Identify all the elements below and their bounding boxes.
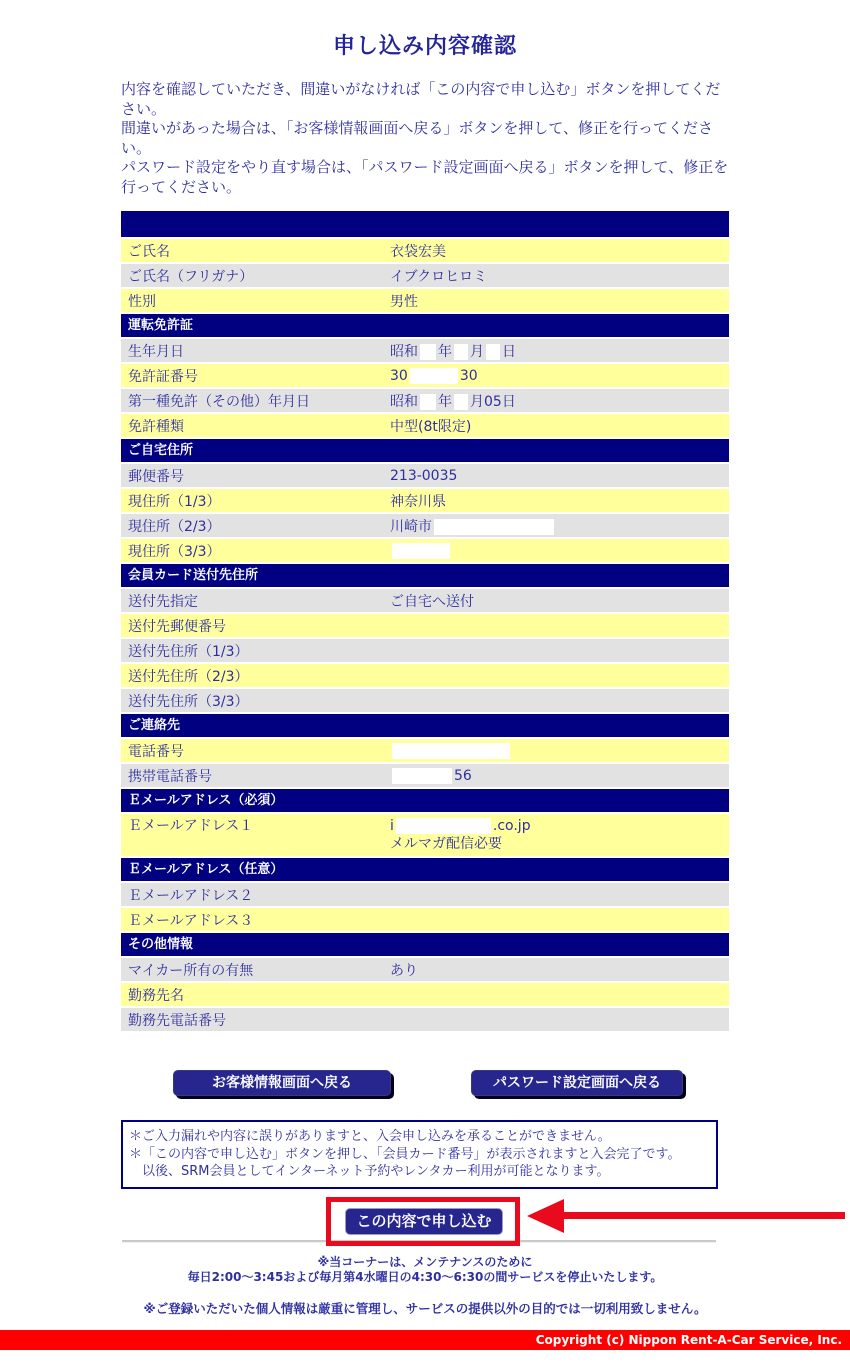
field-value-line-2: メルマガ配信必要 [390, 835, 729, 853]
table-row: 郵便番号213-0035 [121, 464, 729, 487]
table-row: Ｅメールアドレス２ [121, 883, 729, 906]
field-value: 川崎市 [384, 516, 729, 536]
field-value-text: 昭和 [390, 394, 418, 410]
table-row: 免許証番号3030 [121, 364, 729, 387]
field-value: 衣袋宏美 [384, 241, 729, 261]
table-row: 送付先指定ご自宅へ送付 [121, 589, 729, 612]
field-value-text: 月05日 [470, 394, 516, 410]
field-value: 56 [384, 768, 729, 784]
redacted-value-box [410, 368, 458, 384]
redacted-value-box [396, 818, 491, 834]
table-row: 免許種類中型(8t限定) [121, 414, 729, 437]
field-label: 送付先指定 [121, 591, 384, 611]
section-header-row: Ｅメールアドレス（必須） [121, 789, 729, 812]
table-row: ご氏名（フリガナ）イブクロヒロミ [121, 264, 729, 287]
section-header-row: 運転免許証 [121, 314, 729, 337]
back-buttons-row: お客様情報画面へ戻る パスワード設定画面へ戻る [121, 1070, 729, 1096]
field-label: 電話番号 [121, 741, 384, 761]
field-value: あり [384, 960, 729, 980]
field-value: 213-0035 [384, 468, 729, 484]
field-value-text: i [390, 818, 394, 834]
redacted-value-box [454, 394, 468, 410]
field-label: マイカー所有の有無 [121, 960, 384, 980]
section-header-row: その他情報 [121, 933, 729, 956]
redacted-value-box [392, 768, 452, 784]
field-value: 男性 [384, 291, 729, 311]
redacted-value-box [454, 344, 468, 360]
privacy-note: ※ご登録いただいた個人情報は厳重に管理し、サービスの提供以外の目的では一切利用致… [121, 1299, 729, 1317]
field-value: 昭和年月日 [384, 341, 729, 361]
field-value: 昭和年月05日 [384, 391, 729, 411]
table-row: 性別男性 [121, 289, 729, 312]
field-value-text: 月 [470, 344, 484, 360]
field-value-text: 日 [502, 344, 516, 360]
field-label: 送付先郵便番号 [121, 616, 384, 636]
table-row: Ｅメールアドレス１i.co.jpメルマガ配信必要 [121, 814, 729, 856]
intro-paragraph-1: 内容を確認していただき、間違いがなければ「この内容で申し込む」ボタンを押してくだ… [121, 80, 729, 119]
field-value-text: あり [390, 963, 418, 979]
section-header-row: ご自宅住所 [121, 439, 729, 462]
table-row: 送付先郵便番号 [121, 614, 729, 637]
field-value-text: 衣袋宏美 [390, 244, 446, 260]
annotation-arrow-icon [527, 1199, 564, 1233]
table-row: 現住所（3/3） [121, 539, 729, 562]
field-value: i.co.jpメルマガ配信必要 [384, 817, 729, 853]
field-label: 第一種免許（その他）年月日 [121, 391, 384, 411]
field-label: 送付先住所（1/3） [121, 641, 384, 661]
table-row: 勤務先電話番号 [121, 1008, 729, 1031]
field-value: ご自宅へ送付 [384, 591, 729, 611]
notice-line-3: 以後、SRM会員としてインターネット予約やレンタカー利用が可能となります。 [129, 1163, 710, 1181]
maintenance-note: ※当コーナーは、メンテナンスのために 毎日2:00～3:45および毎月第4水曜日… [121, 1255, 729, 1285]
field-value-text: 神奈川県 [390, 494, 446, 510]
intro-paragraph-2: 間違いがあった場合は、「お客様情報画面へ戻る」ボタンを押して、修正を行ってくださ… [121, 119, 729, 158]
field-value-text: 中型(8t限定) [390, 419, 471, 435]
annotation-arrow-line [562, 1212, 845, 1219]
notice-line-1: ＊ご入力漏れや内容に誤りがありますと、入会申し込みを承ることができません。 [129, 1128, 710, 1146]
notice-box: ＊ご入力漏れや内容に誤りがありますと、入会申し込みを承ることができません。 ＊「… [121, 1120, 718, 1189]
field-label: 携帯電話番号 [121, 766, 384, 786]
submit-area: この内容で申し込む [121, 1197, 729, 1249]
field-value-text: イブクロヒロミ [390, 269, 487, 285]
field-value-text: 川崎市 [390, 519, 432, 535]
table-row: 携帯電話番号56 [121, 764, 729, 787]
field-value-text: .co.jp [493, 818, 531, 834]
field-label: Ｅメールアドレス３ [121, 910, 384, 930]
field-value-text: 213-0035 [390, 468, 457, 484]
field-label: 免許証番号 [121, 366, 384, 386]
table-row: 現住所（2/3）川崎市 [121, 514, 729, 537]
table-top-header-row [121, 211, 729, 237]
redacted-value-box [392, 543, 450, 559]
field-value-text: 30 [460, 368, 478, 384]
table-row: 電話番号 [121, 739, 729, 762]
redacted-value-box [420, 344, 436, 360]
field-label: 送付先住所（2/3） [121, 666, 384, 686]
section-header-row: ご連絡先 [121, 714, 729, 737]
field-label: 現住所（2/3） [121, 516, 384, 536]
table-row: マイカー所有の有無あり [121, 958, 729, 981]
field-label: 性別 [121, 291, 384, 311]
field-value: 3030 [384, 368, 729, 384]
field-value: 神奈川県 [384, 491, 729, 511]
field-label: 勤務先電話番号 [121, 1010, 384, 1030]
field-value: 中型(8t限定) [384, 416, 729, 436]
redacted-value-box [434, 519, 554, 535]
field-label: ご氏名（フリガナ） [121, 266, 384, 286]
section-header-row: Ｅメールアドレス（任意） [121, 858, 729, 881]
intro-text: 内容を確認していただき、間違いがなければ「この内容で申し込む」ボタンを押してくだ… [121, 80, 729, 197]
redacted-value-box [392, 743, 510, 759]
field-value-line-1: i.co.jp [390, 817, 729, 835]
redacted-value-box [486, 344, 500, 360]
table-row: ご氏名衣袋宏美 [121, 239, 729, 262]
field-value-text: ご自宅へ送付 [390, 594, 474, 610]
field-value-text: メルマガ配信必要 [390, 836, 502, 852]
table-row: 送付先住所（2/3） [121, 664, 729, 687]
table-row: 送付先住所（3/3） [121, 689, 729, 712]
field-label: ご氏名 [121, 241, 384, 261]
field-value-text: 30 [390, 368, 408, 384]
maintenance-line-2: 毎日2:00～3:45および毎月第4水曜日の4:30～6:30の間サービスを停止… [121, 1270, 729, 1285]
field-value-text: 昭和 [390, 344, 418, 360]
copyright-bar: Copyright (c) Nippon Rent-A-Car Service,… [0, 1330, 850, 1350]
field-value-text: 年 [438, 344, 452, 360]
field-value-text: 年 [438, 394, 452, 410]
field-value [384, 543, 729, 559]
page-content: 申し込み内容確認 内容を確認していただき、間違いがなければ「この内容で申し込む」… [121, 34, 729, 1317]
field-label: 生年月日 [121, 341, 384, 361]
field-value-text: 男性 [390, 294, 418, 310]
field-label: 免許種類 [121, 416, 384, 436]
table-row: 勤務先名 [121, 983, 729, 1006]
table-row: 現住所（1/3）神奈川県 [121, 489, 729, 512]
table-row: Ｅメールアドレス３ [121, 908, 729, 931]
copyright-text: Copyright (c) Nippon Rent-A-Car Service,… [536, 1333, 842, 1347]
notice-line-2: ＊「この内容で申し込む」ボタンを押し、「会員カード番号」が表示されますと入会完了… [129, 1146, 710, 1164]
section-header-row: 会員カード送付先住所 [121, 564, 729, 587]
field-label: 勤務先名 [121, 985, 384, 1005]
back-to-password-setting-button[interactable]: パスワード設定画面へ戻る [471, 1070, 683, 1096]
field-label: 送付先住所（3/3） [121, 691, 384, 711]
field-value: イブクロヒロミ [384, 266, 729, 286]
table-row: 生年月日昭和年月日 [121, 339, 729, 362]
maintenance-line-1: ※当コーナーは、メンテナンスのために [121, 1255, 729, 1270]
field-label: 現住所（3/3） [121, 541, 384, 561]
field-label: Ｅメールアドレス１ [121, 817, 384, 835]
field-value [384, 743, 729, 759]
field-label: 現住所（1/3） [121, 491, 384, 511]
field-value-text: 56 [454, 768, 472, 784]
field-label: 郵便番号 [121, 466, 384, 486]
table-row: 送付先住所（1/3） [121, 639, 729, 662]
intro-paragraph-3: パスワード設定をやり直す場合は、「パスワード設定画面へ戻る」ボタンを押して、修正… [121, 158, 729, 197]
page-title: 申し込み内容確認 [121, 34, 729, 60]
field-label: Ｅメールアドレス２ [121, 885, 384, 905]
redacted-value-box [420, 394, 436, 410]
table-row: 第一種免許（その他）年月日昭和年月05日 [121, 389, 729, 412]
submit-button[interactable]: この内容で申し込む [345, 1208, 503, 1235]
back-to-customer-info-button[interactable]: お客様情報画面へ戻る [173, 1070, 391, 1096]
confirmation-table: ご氏名衣袋宏美ご氏名（フリガナ）イブクロヒロミ性別男性運転免許証生年月日昭和年月… [121, 211, 729, 1031]
